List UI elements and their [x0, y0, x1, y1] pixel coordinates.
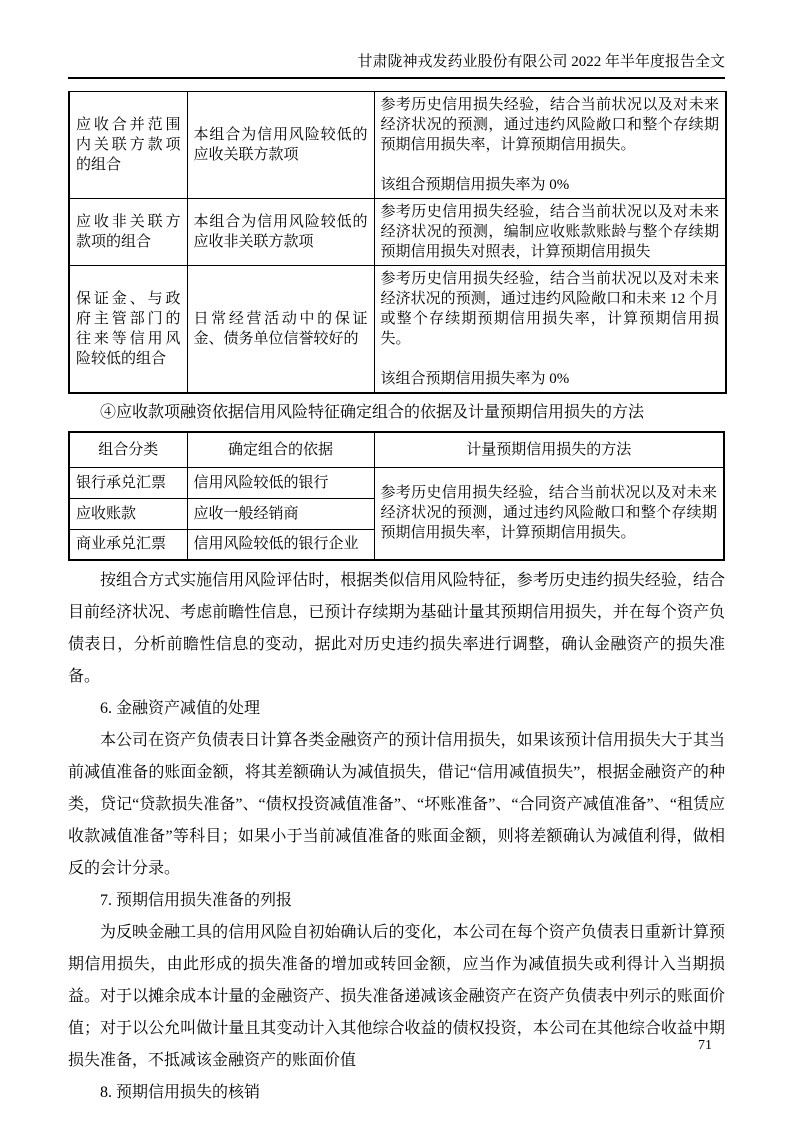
table-header-row: 组合分类 确定组合的依据 计量预期信用损失的方法: [69, 432, 724, 467]
portfolio-cell: 保证金、与政府主管部门的往来等信用风险较低的组合: [69, 266, 187, 394]
basis-cell: 本组合为信用风险较低的应收关联方款项: [187, 92, 374, 199]
method-cell: 参考历史信用损失经验，结合当前状况以及对未来经济状况的预测，编制应收账款账龄与整…: [374, 199, 726, 266]
category-cell: 银行承兑汇票: [69, 467, 187, 498]
column-header: 确定组合的依据: [187, 432, 374, 467]
portfolio-cell: 应收合并范围内关联方款项的组合: [69, 92, 187, 199]
section-4-intro: ④应收款项融资依据信用风险特征确定组合的依据及计量预期信用损失的方法: [68, 400, 725, 426]
method-text: 参考历史信用损失经验，结合当前状况以及对未来经济状况的预测，通过违约风险敞口和整…: [381, 95, 720, 155]
category-cell: 应收账款: [69, 498, 187, 529]
page-header: 甘肃陇神戎发药业股份有限公司 2022 年半年度报告全文: [68, 0, 725, 79]
page-number: 71: [698, 1038, 712, 1054]
basis-cell: 应收一般经销商: [187, 498, 374, 529]
credit-loss-portfolio-table: 应收合并范围内关联方款项的组合 本组合为信用风险较低的应收关联方款项 参考历史信…: [68, 91, 727, 394]
loss-rate-text: 该组合预期信用损失率为 0%: [381, 369, 720, 389]
method-text: 参考历史信用损失经验，结合当前状况以及对未来经济状况的预测，通过违约风险敞口和未…: [381, 269, 720, 349]
portfolio-cell: 应收非关联方款项的组合: [69, 199, 187, 266]
basis-cell: 日常经营活动中的保证金、债务单位信誉较好的: [187, 266, 374, 394]
basis-cell: 信用风险较低的银行: [187, 467, 374, 498]
basis-cell: 本组合为信用风险较低的应收非关联方款项: [187, 199, 374, 266]
table-row: 保证金、与政府主管部门的往来等信用风险较低的组合 日常经营活动中的保证金、债务单…: [69, 266, 726, 394]
table-row: 应收合并范围内关联方款项的组合 本组合为信用风险较低的应收关联方款项 参考历史信…: [69, 92, 726, 199]
method-cell: 参考历史信用损失经验，结合当前状况以及对未来经济状况的预测，通过违约风险敞口和整…: [374, 92, 726, 199]
loss-rate-text: 该组合预期信用损失率为 0%: [381, 175, 720, 195]
table-row: 银行承兑汇票 信用风险较低的银行 参考历史信用损失经验，结合当前状况以及对未来经…: [69, 467, 724, 498]
receivables-financing-table: 组合分类 确定组合的依据 计量预期信用损失的方法 银行承兑汇票 信用风险较低的银…: [68, 431, 725, 561]
basis-cell: 信用风险较低的银行企业: [187, 529, 374, 560]
paragraph-ecl-presentation: 为反映金融工具的信用风险自初始确认后的变化，本公司在每个资产负债表日重新计算预期…: [68, 917, 725, 1077]
report-title: 甘肃陇神戎发药业股份有限公司 2022 年半年度报告全文: [357, 54, 725, 70]
report-page: 甘肃陇神戎发药业股份有限公司 2022 年半年度报告全文 应收合并范围内关联方款…: [0, 0, 793, 1122]
paragraph-credit-assessment: 按组合方式实施信用风险评估时，根据类似信用风险特征，参考历史违约损失经验，结合目…: [68, 565, 725, 693]
method-text: 参考历史信用损失经验，结合当前状况以及对未来经济状况的预测，编制应收账款账龄与整…: [381, 202, 720, 262]
section-heading-7: 7. 预期信用损失准备的列报: [68, 885, 725, 917]
table-row: 应收非关联方款项的组合 本组合为信用风险较低的应收非关联方款项 参考历史信用损失…: [69, 199, 726, 266]
method-cell: 参考历史信用损失经验，结合当前状况以及对未来经济状况的预测，通过违约风险敞口和未…: [374, 266, 726, 394]
section-heading-8: 8. 预期信用损失的核销: [68, 1077, 725, 1109]
page-content: 甘肃陇神戎发药业股份有限公司 2022 年半年度报告全文 应收合并范围内关联方款…: [68, 0, 725, 1109]
column-header: 组合分类: [69, 432, 187, 467]
column-header: 计量预期信用损失的方法: [374, 432, 724, 467]
paragraph-impairment: 本公司在资产负债表日计算各类金融资产的预计信用损失，如果该预计信用损失大于其当前…: [68, 725, 725, 885]
merged-method-cell: 参考历史信用损失经验，结合当前状况以及对未来经济状况的预测，通过违约风险敞口和整…: [374, 467, 724, 560]
category-cell: 商业承兑汇票: [69, 529, 187, 560]
section-heading-6: 6. 金融资产减值的处理: [68, 693, 725, 725]
